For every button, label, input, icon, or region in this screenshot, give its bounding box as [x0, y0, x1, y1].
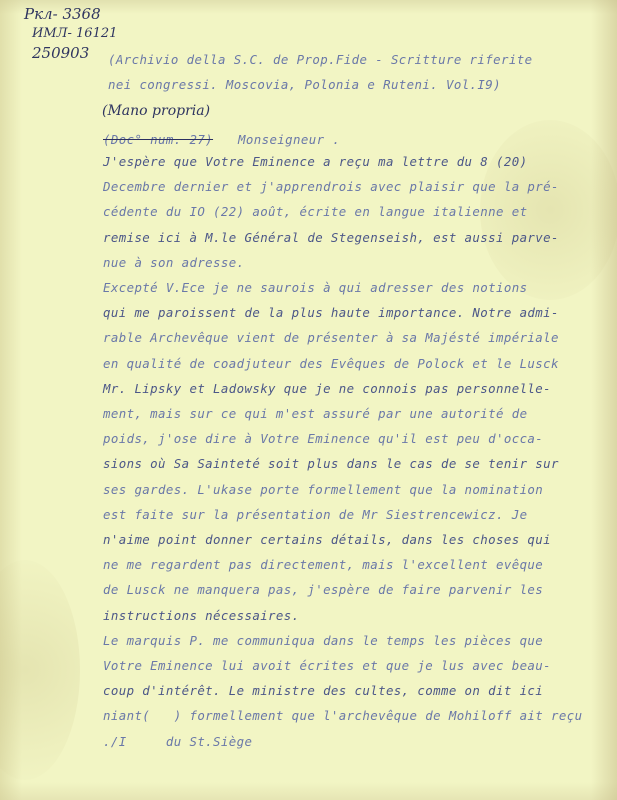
doc-number-struck: (Doc° num. 27) [103, 132, 213, 147]
letter-line: ment, mais sur ce qui m'est assuré par u… [103, 406, 527, 421]
letter-line: niant( ) formellement que l'archevêque d… [103, 708, 582, 723]
letter-line: ses gardes. L'ukase porte formellement q… [103, 482, 543, 497]
archive-ref-3: 250903 [32, 44, 89, 62]
archive-header-line-2: nei congressi. Moscovia, Polonia e Ruten… [108, 77, 501, 92]
letter-line: Decembre dernier et j'apprendrois avec p… [103, 179, 559, 194]
letter-line: nue à son adresse. [103, 255, 244, 270]
letter-line: est faite sur la présentation de Mr Sies… [103, 507, 527, 522]
letter-line: remise ici à M.le Général de Stegenseish… [103, 230, 559, 245]
letter-line: Excepté V.Ece je ne saurois à qui adress… [103, 280, 527, 295]
letter-line: instructions nécessaires. [103, 608, 300, 623]
letter-line: rable Archevêque vient de présenter à sa… [103, 330, 559, 345]
handwritten-note: (Mano propria) [102, 102, 210, 120]
letter-line: J'espère que Votre Eminence a reçu ma le… [103, 154, 527, 169]
paper-stain [0, 560, 80, 780]
letter-line: de Lusck ne manquera pas, j'espère de fa… [103, 582, 543, 597]
letter-line: poids, j'ose dire à Votre Eminence qu'il… [103, 431, 543, 446]
letter-line: qui me paroissent de la plus haute impor… [103, 305, 559, 320]
archive-ref-1: Ркл- 3368 [24, 5, 101, 23]
struck-text: (Doc° num. 27) [103, 132, 213, 147]
archive-header-line-1: (Archivio della S.C. de Prop.Fide - Scri… [108, 52, 532, 67]
letter-line: en qualité de coadjuteur des Evêques de … [103, 356, 559, 371]
archive-ref-2: ИМЛ- 16121 [32, 25, 117, 43]
letter-line: ./I du St.Siège [103, 734, 252, 749]
salutation: Monseigneur . [238, 132, 340, 147]
letter-line: Votre Eminence lui avoit écrites et que … [103, 658, 551, 673]
letter-line: n'aime point donner certains détails, da… [103, 532, 551, 547]
letter-line: Le marquis P. me communiqua dans le temp… [103, 633, 543, 648]
document-page: Ркл- 3368 ИМЛ- 16121 250903 (Archivio de… [0, 0, 617, 800]
letter-line: cédente du IO (22) août, écrite en langu… [103, 204, 527, 219]
letter-line: coup d'intérêt. Le ministre des cultes, … [103, 683, 543, 698]
letter-line: ne me regardent pas directement, mais l'… [103, 557, 543, 572]
letter-line: Mr. Lipsky et Ladowsky que je ne connois… [103, 381, 551, 396]
letter-line: sions où Sa Sainteté soit plus dans le c… [103, 456, 559, 471]
